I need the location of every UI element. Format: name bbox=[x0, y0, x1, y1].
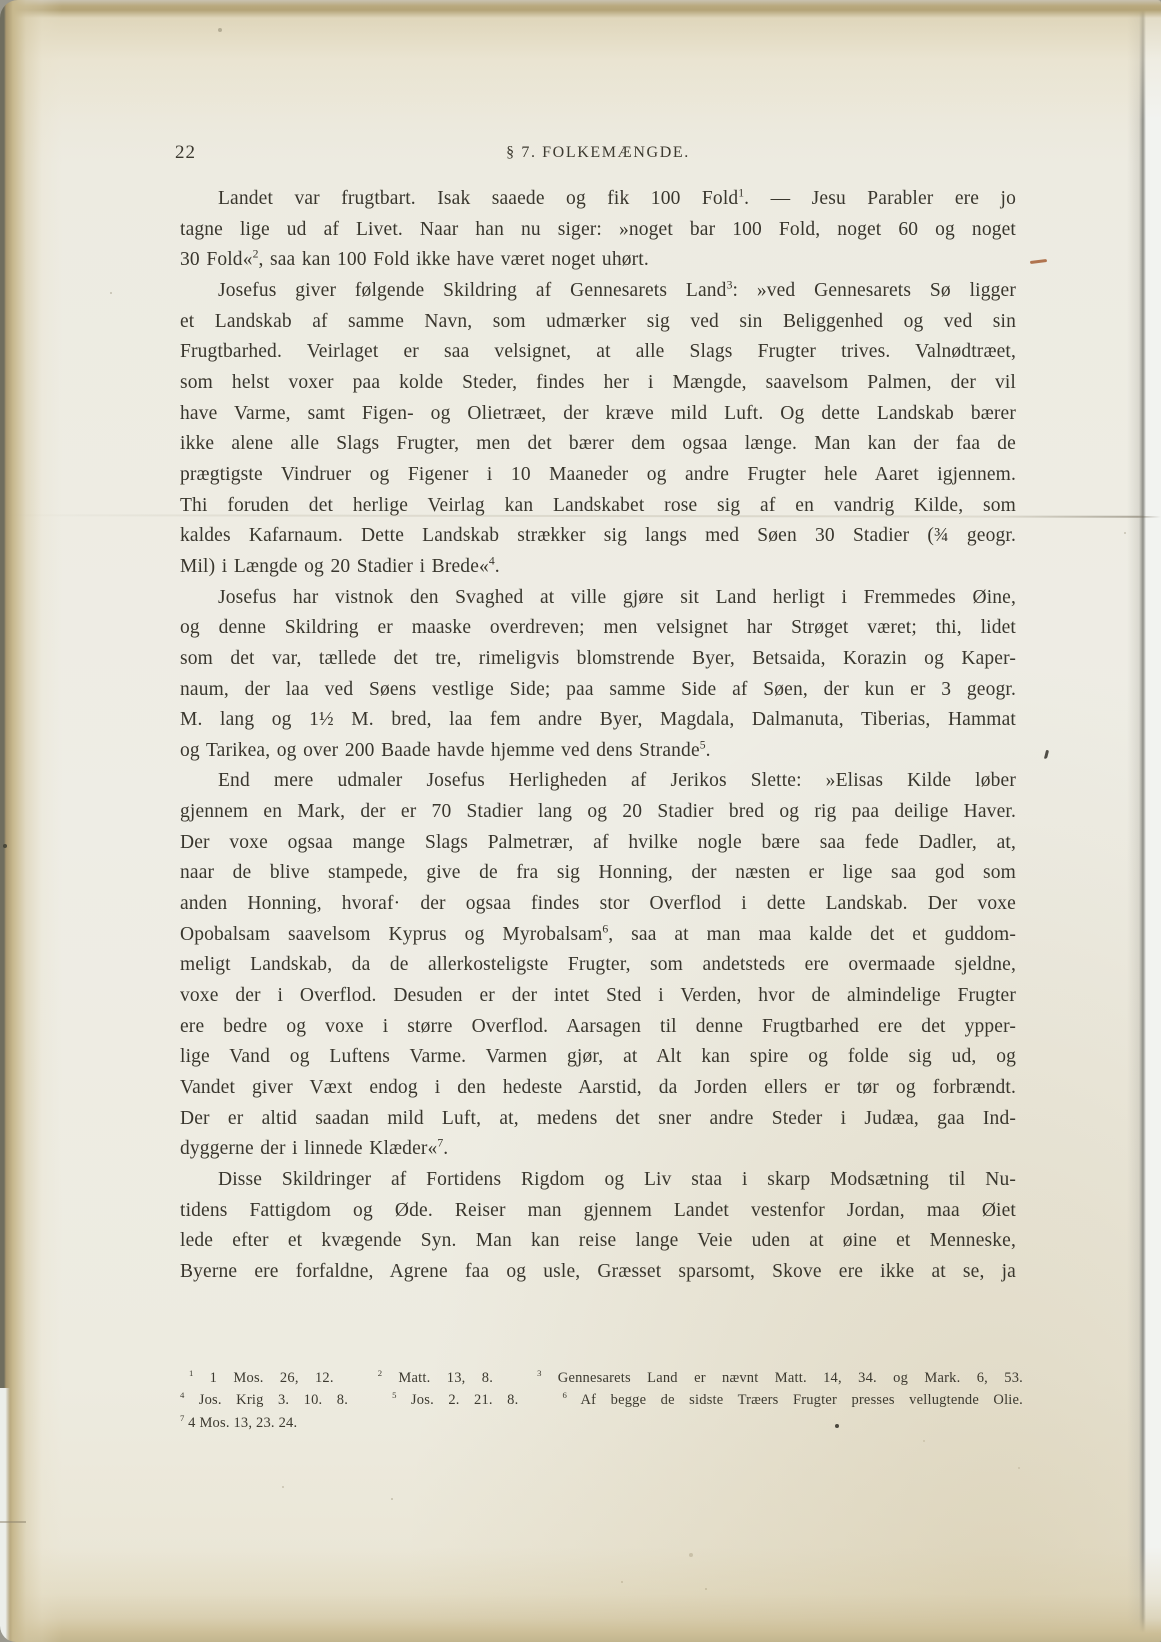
text-line: ikke alene alle Slags Frugter, men det b… bbox=[180, 429, 1016, 460]
text-line: naum, der laa ved Søens vestlige Side; p… bbox=[180, 675, 1016, 706]
edge-crease-mark bbox=[0, 1521, 26, 1523]
text-line: kaldes Kafarnaum. Dette Landskab strække… bbox=[180, 521, 1016, 552]
text-line: Frugtbarhed. Veirlaget er saa velsignet,… bbox=[180, 337, 1016, 368]
ink-speck-comma bbox=[1044, 750, 1049, 759]
ink-scratch-mark bbox=[1030, 259, 1047, 264]
text-line: ere bedre og voxe i større Overflod. Aar… bbox=[180, 1012, 1016, 1043]
text-line: tagne lige ud af Livet. Naar han nu sige… bbox=[180, 215, 1016, 246]
footnote-line: 4 Jos. Krig 3. 10. 8. 5 Jos. 2. 21. 8. 6… bbox=[180, 1389, 1023, 1411]
footnote-line: 1 1 Mos. 26, 12. 2 Matt. 13, 8. 3 Gennes… bbox=[180, 1367, 1023, 1389]
text-line: prægtigste Vindruer og Figener i 10 Maan… bbox=[180, 460, 1016, 491]
text-line: Josefus giver følgende Skildring af Genn… bbox=[180, 276, 1016, 307]
text-line: End mere udmaler Josefus Herligheden af … bbox=[180, 766, 1016, 797]
text-line: som det var, tællede det tre, rimeligvis… bbox=[180, 644, 1016, 675]
text-line: tidens Fattigdom og Øde. Reiser man gjen… bbox=[180, 1196, 1016, 1227]
text-line: lede efter et kvægende Syn. Man kan reis… bbox=[180, 1226, 1016, 1257]
text-line: og Tarikea, og over 200 Baade havde hjem… bbox=[180, 736, 1016, 767]
text-line: voxe der i Overflod. Desuden er der inte… bbox=[180, 981, 1016, 1012]
text-line: Byerne ere forfaldne, Agrene faa og usle… bbox=[180, 1257, 1016, 1288]
section-header: § 7. FOLKEMÆNGDE. bbox=[180, 144, 1016, 162]
text-line: som helst voxer paa kolde Steder, findes… bbox=[180, 368, 1016, 399]
text-line: M. lang og 1½ M. bred, laa fem andre Bye… bbox=[180, 705, 1016, 736]
footnote-line: 7 4 Mos. 13, 23. 24. bbox=[180, 1412, 1023, 1434]
text-line: Josefus har vistnok den Svaghed at ville… bbox=[180, 583, 1016, 614]
text-line: have Varme, samt Figen- og Olietræet, de… bbox=[180, 399, 1016, 430]
text-line: Vandet giver Væxt endog i den hedeste Aa… bbox=[180, 1073, 1016, 1104]
text-line: anden Honning, hvoraf· der ogsaa findes … bbox=[180, 889, 1016, 920]
text-line: gjennem en Mark, der er 70 Stadier lang … bbox=[180, 797, 1016, 828]
text-line: Opobalsam saavelsom Kyprus og Myrobalsam… bbox=[180, 920, 1016, 951]
text-line: 30 Fold«2, saa kan 100 Fold ikke have væ… bbox=[180, 245, 1016, 276]
footnotes: 1 1 Mos. 26, 12. 2 Matt. 13, 8. 3 Gennes… bbox=[180, 1367, 1023, 1434]
scan-edge-sliver bbox=[0, 1388, 10, 1642]
text-line: dyggerne der i linnede Klæder«7. bbox=[180, 1134, 1016, 1165]
text-line: meligt Landskab, da de allerkosteligste … bbox=[180, 950, 1016, 981]
text-line: Der voxe ogsaa mange Slags Palmetrær, af… bbox=[180, 828, 1016, 859]
scanned-page: 22 § 7. FOLKEMÆNGDE. Landet var frugtbar… bbox=[0, 0, 1161, 1642]
text-line: Landet var frugtbart. Isak saaede og fik… bbox=[180, 184, 1016, 215]
text-line: Der er altid saadan mild Luft, at, meden… bbox=[180, 1104, 1016, 1135]
text-line: naar de blive stampede, give de fra sig … bbox=[180, 858, 1016, 889]
text-line: et Landskab af samme Navn, som udmærker … bbox=[180, 307, 1016, 338]
body-text: Landet var frugtbart. Isak saaede og fik… bbox=[180, 184, 1016, 1288]
paper-specks bbox=[0, 0, 2, 2]
text-line: Mil) i Længde og 20 Stadier i Brede«4. bbox=[180, 552, 1016, 583]
text-line: og denne Skildring er maaske overdreven;… bbox=[180, 613, 1016, 644]
text-line: Disse Skildringer af Fortidens Rigdom og… bbox=[180, 1165, 1016, 1196]
text-line: lige Vand og Luftens Varme. Varmen gjør,… bbox=[180, 1042, 1016, 1073]
ink-speck-dot bbox=[835, 1424, 839, 1428]
